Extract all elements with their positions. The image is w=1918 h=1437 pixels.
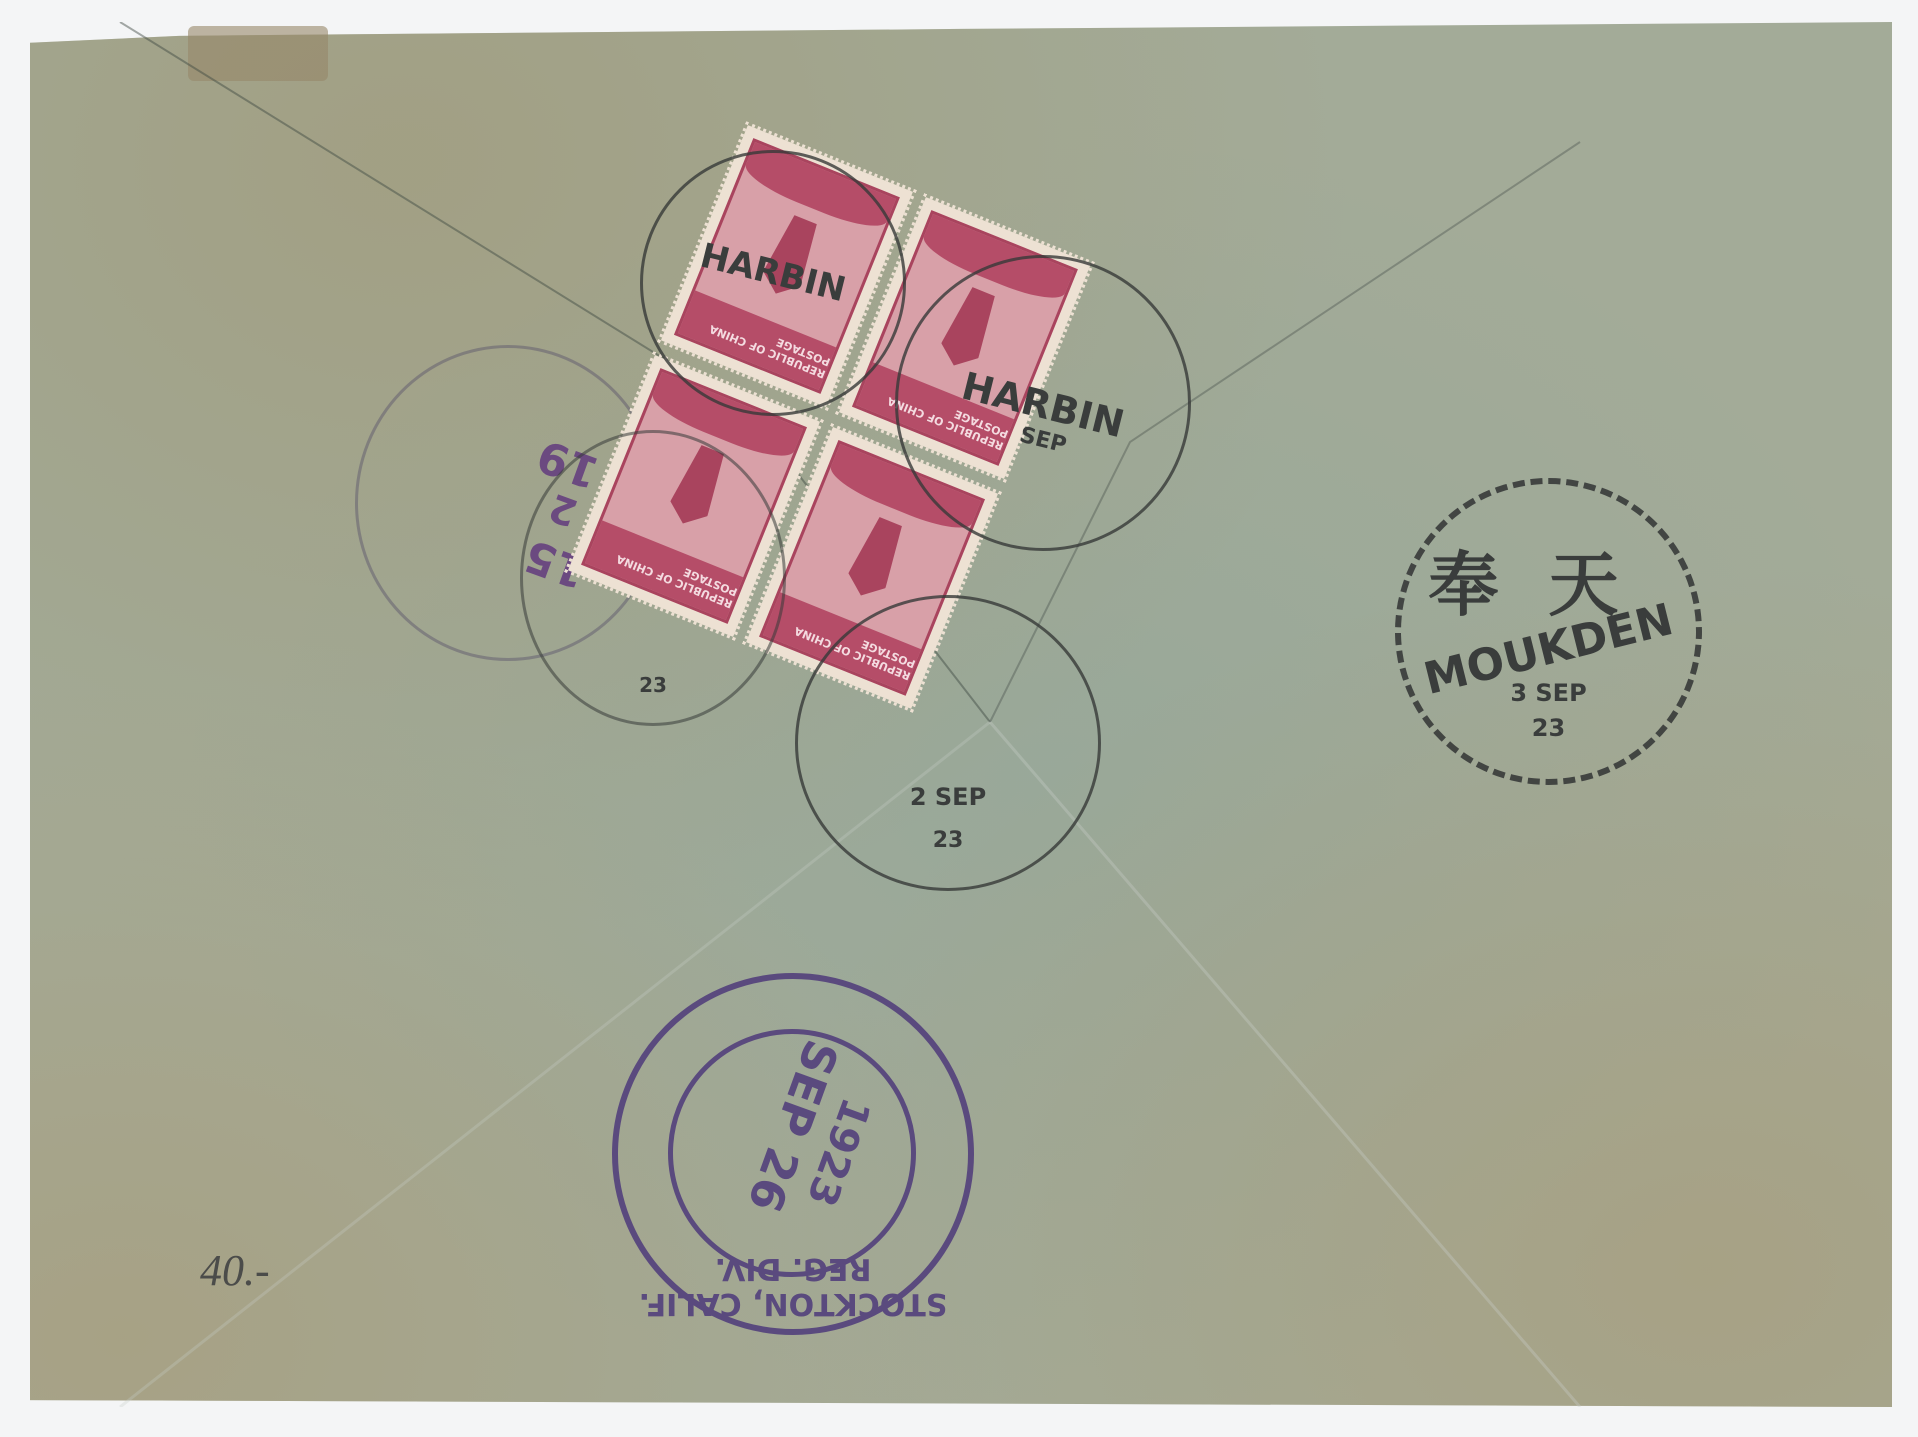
pencil-price-note: 40.- (200, 1245, 270, 1296)
moukden-date: 3 SEP (1401, 679, 1696, 707)
tape-residue (188, 26, 328, 81)
junk-ship-icon (842, 514, 909, 603)
harbin-postmark: HARBIN SEP (895, 255, 1191, 551)
harbin-postmark: HARBIN (640, 150, 906, 416)
harbin-postmark: 23 (520, 430, 786, 726)
harbin-city: HARBIN (642, 222, 904, 324)
harbin-year: 23 (798, 828, 1098, 853)
harbin-postmark: 2 SEP 23 (795, 595, 1101, 891)
harbin-date: 2 SEP (798, 783, 1098, 811)
harbin-year: 23 (523, 673, 783, 697)
stockton-registry-postmark: STOCKTON, CALIF. REG. DIV. SEP 26 1923 (612, 973, 974, 1335)
moukden-year: 23 (1401, 714, 1696, 742)
moukden-postmark: 奉天 MOUKDEN 3 SEP 23 (1395, 478, 1702, 785)
